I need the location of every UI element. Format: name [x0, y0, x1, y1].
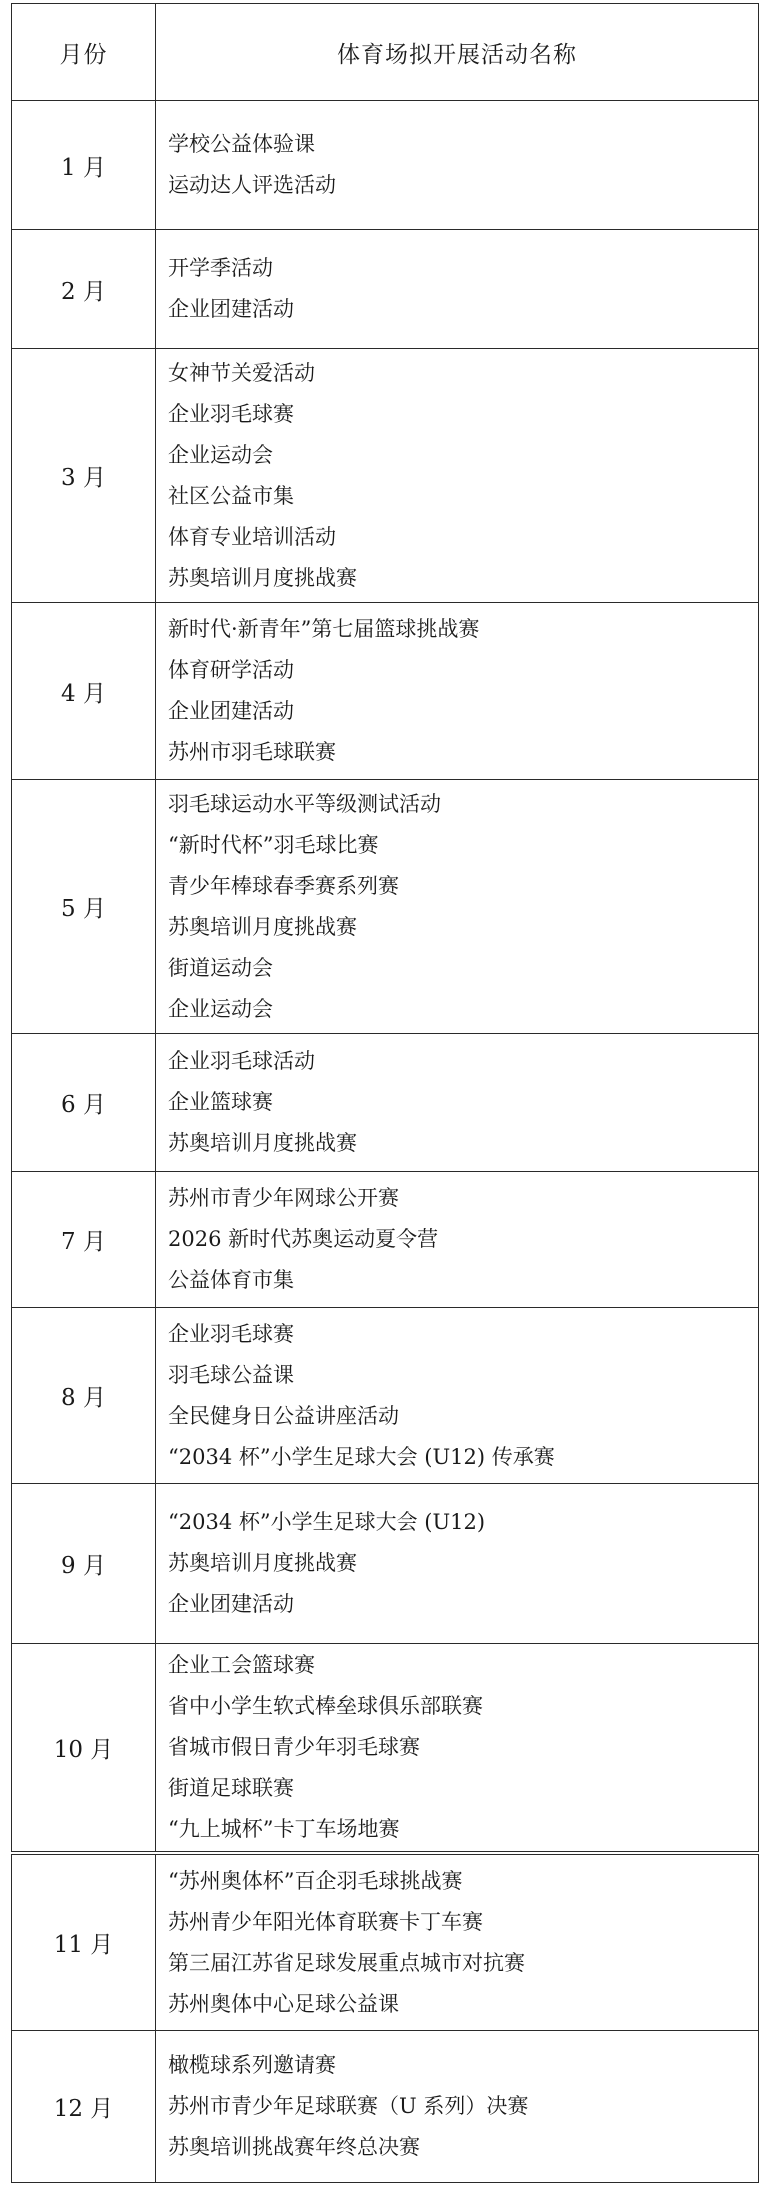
- activity-item: “苏州奥体杯”百企羽毛球挑战赛: [168, 1861, 758, 1902]
- month-cell: 11 月: [12, 1855, 156, 2031]
- activity-item: “九上城杯”卡丁车场地赛: [168, 1809, 758, 1850]
- activity-item: 第三届江苏省足球发展重点城市对抗赛: [168, 1943, 758, 1984]
- activity-item: 开学季活动: [168, 248, 758, 289]
- table-row: 8 月企业羽毛球赛羽毛球公益课全民健身日公益讲座活动“2034 杯”小学生足球大…: [12, 1308, 759, 1484]
- activity-item: 街道运动会: [168, 948, 758, 989]
- month-cell: 10 月: [12, 1644, 156, 1852]
- activity-item: 苏州市青少年足球联赛（U 系列）决赛: [168, 2086, 758, 2127]
- activity-item: 苏奥培训挑战赛年终总决赛: [168, 2127, 758, 2168]
- activity-item: 橄榄球系列邀请赛: [168, 2045, 758, 2086]
- activity-item: 羽毛球公益课: [168, 1355, 758, 1396]
- table-row: 1 月学校公益体验课运动达人评选活动: [12, 101, 759, 230]
- activities-cell: 苏州市青少年网球公开赛2026 新时代苏奥运动夏令营公益体育市集: [156, 1172, 759, 1308]
- activities-cell: 开学季活动企业团建活动: [156, 230, 759, 349]
- month-cell: 1 月: [12, 101, 156, 230]
- activity-item: 苏州市青少年网球公开赛: [168, 1178, 758, 1219]
- table-header-row: 月份 体育场拟开展活动名称: [12, 4, 759, 101]
- month-cell: 5 月: [12, 780, 156, 1034]
- activity-item: 社区公益市集: [168, 476, 758, 517]
- activities-cell: “2034 杯”小学生足球大会 (U12)苏奥培训月度挑战赛企业团建活动: [156, 1484, 759, 1644]
- table-row: 9 月“2034 杯”小学生足球大会 (U12)苏奥培训月度挑战赛企业团建活动: [12, 1484, 759, 1644]
- activities-cell: 橄榄球系列邀请赛苏州市青少年足球联赛（U 系列）决赛苏奥培训挑战赛年终总决赛: [156, 2031, 759, 2183]
- activity-item: “2034 杯”小学生足球大会 (U12): [168, 1502, 758, 1543]
- activity-item: 苏奥培训月度挑战赛: [168, 1543, 758, 1584]
- activities-cell: 羽毛球运动水平等级测试活动“新时代杯”羽毛球比赛青少年棒球春季赛系列赛苏奥培训月…: [156, 780, 759, 1034]
- activity-item: 运动达人评选活动: [168, 165, 758, 206]
- activity-item: 省城市假日青少年羽毛球赛: [168, 1727, 758, 1768]
- table-row: 12 月橄榄球系列邀请赛苏州市青少年足球联赛（U 系列）决赛苏奥培训挑战赛年终总…: [12, 2031, 759, 2183]
- month-cell: 2 月: [12, 230, 156, 349]
- activities-cell: “苏州奥体杯”百企羽毛球挑战赛苏州青少年阳光体育联赛卡丁车赛第三届江苏省足球发展…: [156, 1855, 759, 2031]
- activity-item: 企业羽毛球活动: [168, 1041, 758, 1082]
- activity-item: 省中小学生软式棒垒球俱乐部联赛: [168, 1686, 758, 1727]
- activity-item: “2034 杯”小学生足球大会 (U12) 传承赛: [168, 1437, 758, 1478]
- activity-item: 苏州青少年阳光体育联赛卡丁车赛: [168, 1902, 758, 1943]
- activity-item: 苏州市羽毛球联赛: [168, 732, 758, 773]
- month-cell: 12 月: [12, 2031, 156, 2183]
- activity-item: 公益体育市集: [168, 1260, 758, 1301]
- activity-item: 企业团建活动: [168, 289, 758, 330]
- activity-item: 企业团建活动: [168, 1584, 758, 1625]
- month-cell: 3 月: [12, 349, 156, 603]
- month-cell: 9 月: [12, 1484, 156, 1644]
- activities-cell: 学校公益体验课运动达人评选活动: [156, 101, 759, 230]
- activity-item: 全民健身日公益讲座活动: [168, 1396, 758, 1437]
- activity-item: 企业运动会: [168, 989, 758, 1030]
- schedule-grid: 月份 体育场拟开展活动名称 1 月学校公益体验课运动达人评选活动2 月开学季活动…: [11, 3, 759, 2183]
- table-row: 2 月开学季活动企业团建活动: [12, 230, 759, 349]
- activity-item: 苏奥培训月度挑战赛: [168, 907, 758, 948]
- month-cell: 4 月: [12, 603, 156, 780]
- activity-item: 苏州奥体中心足球公益课: [168, 1984, 758, 2025]
- table-row: 3 月女神节关爱活动企业羽毛球赛企业运动会社区公益市集体育专业培训活动苏奥培训月…: [12, 349, 759, 603]
- month-cell: 8 月: [12, 1308, 156, 1484]
- activity-item: 企业工会篮球赛: [168, 1645, 758, 1686]
- month-cell: 7 月: [12, 1172, 156, 1308]
- activities-cell: 新时代·新青年”第七届篮球挑战赛体育研学活动企业团建活动苏州市羽毛球联赛: [156, 603, 759, 780]
- table-row: 5 月羽毛球运动水平等级测试活动“新时代杯”羽毛球比赛青少年棒球春季赛系列赛苏奥…: [12, 780, 759, 1034]
- activity-item: 体育专业培训活动: [168, 517, 758, 558]
- activity-item: 企业羽毛球赛: [168, 1314, 758, 1355]
- activity-item: 体育研学活动: [168, 650, 758, 691]
- activity-item: 企业羽毛球赛: [168, 394, 758, 435]
- header-activity-name: 体育场拟开展活动名称: [156, 4, 759, 101]
- table-body: 1 月学校公益体验课运动达人评选活动2 月开学季活动企业团建活动3 月女神节关爱…: [12, 101, 759, 2183]
- table-row: 6 月企业羽毛球活动企业篮球赛苏奥培训月度挑战赛: [12, 1034, 759, 1172]
- activity-item: 企业篮球赛: [168, 1082, 758, 1123]
- table-row: 11 月“苏州奥体杯”百企羽毛球挑战赛苏州青少年阳光体育联赛卡丁车赛第三届江苏省…: [12, 1855, 759, 2031]
- activity-item: 新时代·新青年”第七届篮球挑战赛: [168, 609, 758, 650]
- activity-item: 街道足球联赛: [168, 1768, 758, 1809]
- activities-cell: 企业羽毛球活动企业篮球赛苏奥培训月度挑战赛: [156, 1034, 759, 1172]
- activity-schedule-table: 月份 体育场拟开展活动名称 1 月学校公益体验课运动达人评选活动2 月开学季活动…: [11, 3, 758, 2183]
- activity-item: 学校公益体验课: [168, 124, 758, 165]
- activities-cell: 女神节关爱活动企业羽毛球赛企业运动会社区公益市集体育专业培训活动苏奥培训月度挑战…: [156, 349, 759, 603]
- activities-cell: 企业工会篮球赛省中小学生软式棒垒球俱乐部联赛省城市假日青少年羽毛球赛街道足球联赛…: [156, 1644, 759, 1852]
- activities-cell: 企业羽毛球赛羽毛球公益课全民健身日公益讲座活动“2034 杯”小学生足球大会 (…: [156, 1308, 759, 1484]
- activity-item: 2026 新时代苏奥运动夏令营: [168, 1219, 758, 1260]
- activity-item: 羽毛球运动水平等级测试活动: [168, 784, 758, 825]
- activity-item: 苏奥培训月度挑战赛: [168, 558, 758, 599]
- activity-item: 苏奥培训月度挑战赛: [168, 1123, 758, 1164]
- activity-item: 女神节关爱活动: [168, 353, 758, 394]
- table-row: 4 月新时代·新青年”第七届篮球挑战赛体育研学活动企业团建活动苏州市羽毛球联赛: [12, 603, 759, 780]
- activity-item: 青少年棒球春季赛系列赛: [168, 866, 758, 907]
- table-row: 7 月苏州市青少年网球公开赛2026 新时代苏奥运动夏令营公益体育市集: [12, 1172, 759, 1308]
- activity-item: 企业团建活动: [168, 691, 758, 732]
- activity-item: “新时代杯”羽毛球比赛: [168, 825, 758, 866]
- table-row: 10 月企业工会篮球赛省中小学生软式棒垒球俱乐部联赛省城市假日青少年羽毛球赛街道…: [12, 1644, 759, 1852]
- month-cell: 6 月: [12, 1034, 156, 1172]
- header-month: 月份: [12, 4, 156, 101]
- activity-item: 企业运动会: [168, 435, 758, 476]
